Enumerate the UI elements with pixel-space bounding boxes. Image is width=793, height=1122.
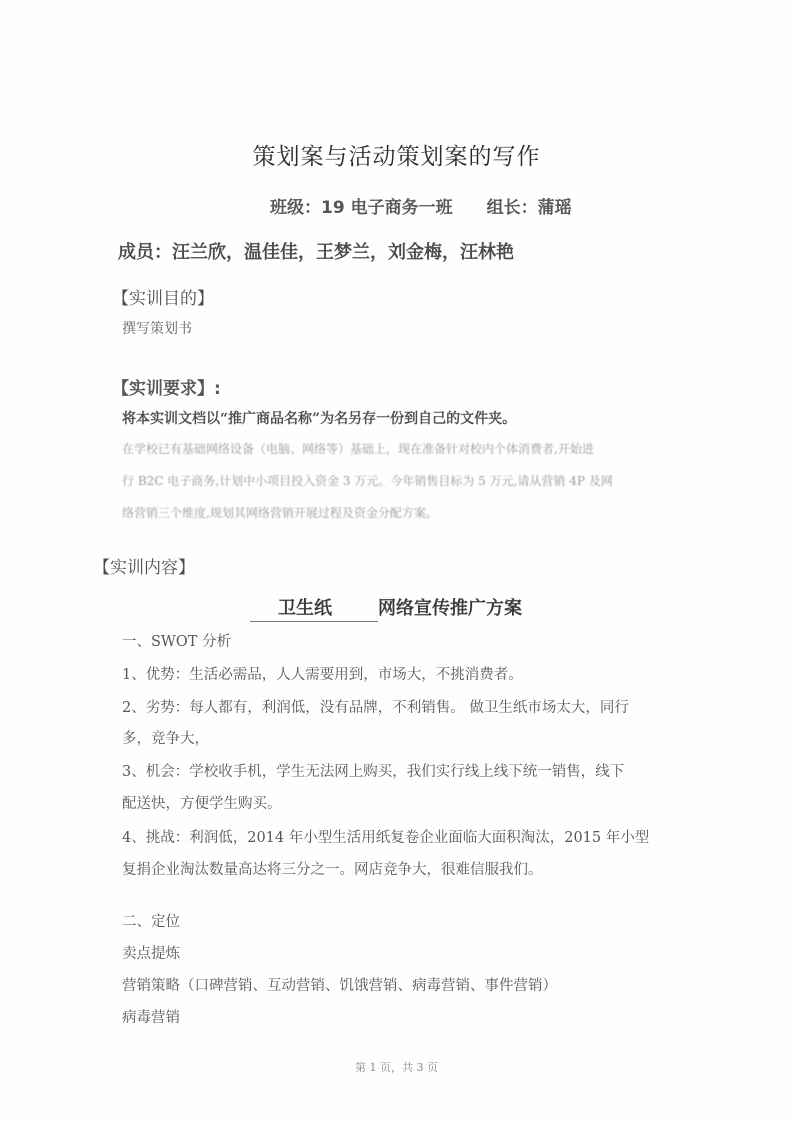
swot-line: 2、劣势：每人都有，利润低，没有品牌，不利销售。 做卫生纸市场太大，同行: [122, 696, 629, 717]
positioning-line: 病毒营销: [122, 1006, 180, 1027]
requirements-heading: 【实训要求】:: [112, 374, 221, 399]
purpose-text: 撰写策划书: [122, 318, 192, 338]
plan-title-suffix: 网络宣传推广方案: [378, 598, 522, 619]
requirements-line: 行 B2C 电子商务,计划中小项目投入资金 3 万元。今年销售目标为 5 万元,…: [122, 472, 613, 489]
requirements-bold-line: 将本实训文档以“推广商品名称”为名另存一份到自己的文件夹。: [122, 408, 516, 428]
swot-line: 配送快，方便学生购买。: [122, 792, 282, 813]
swot-line: 4、挑战：利润低，2014 年小型生活用纸复卷企业面临大面积淘汰，2015 年小…: [122, 826, 649, 847]
purpose-heading: 【实训目的】: [112, 284, 214, 309]
members-line: 成员：汪兰欣，温佳佳，王梦兰，刘金梅，汪林艳: [118, 238, 514, 264]
plan-title: 卫生纸网络宣传推广方案: [250, 594, 522, 622]
requirements-line: 在学校已有基础网络设备（电脑、网络等）基础上，现在准备针对校内个体消费者,开始进: [122, 440, 594, 457]
swot-line: 复捐企业淘汰数量高达将三分之一。网店竞争大，很难信服我们。: [122, 858, 543, 879]
requirements-line: 络营销三个维度,规划其网络营销开展过程及资金分配方案。: [122, 504, 438, 521]
positioning-heading: 二、定位: [122, 910, 180, 931]
swot-heading: 一、SWOT 分析: [122, 630, 231, 651]
swot-line: 多，竞争大，: [122, 727, 209, 748]
document-title: 策划案与活动策划案的写作: [0, 138, 793, 171]
class-label: 班级：19 电子商务一班: [270, 198, 453, 218]
page-footer: 第 1 页，共 3 页: [0, 1059, 793, 1075]
content-heading: 【实训内容】: [93, 553, 195, 578]
leader-label: 组长：蒲瑶: [487, 198, 572, 218]
swot-line: 3、机会：学校收手机，学生无法网上购买，我们实行线上线下统一销售，线下: [122, 760, 624, 781]
swot-line: 1、优势：生活必需品，人人需要用到，市场大，不挑消费者。: [122, 663, 523, 684]
document-page: 策划案与活动策划案的写作 班级：19 电子商务一班组长：蒲瑶 成员：汪兰欣，温佳…: [0, 0, 793, 1122]
class-leader-line: 班级：19 电子商务一班组长：蒲瑶: [270, 193, 572, 218]
product-name-blank: 卫生纸: [250, 594, 378, 622]
positioning-line: 营销策略（口碑营销、互动营销、饥饿营销、病毒营销、事件营销）: [122, 974, 557, 995]
positioning-line: 卖点提炼: [122, 942, 180, 963]
product-name: 卫生纸: [278, 598, 332, 619]
